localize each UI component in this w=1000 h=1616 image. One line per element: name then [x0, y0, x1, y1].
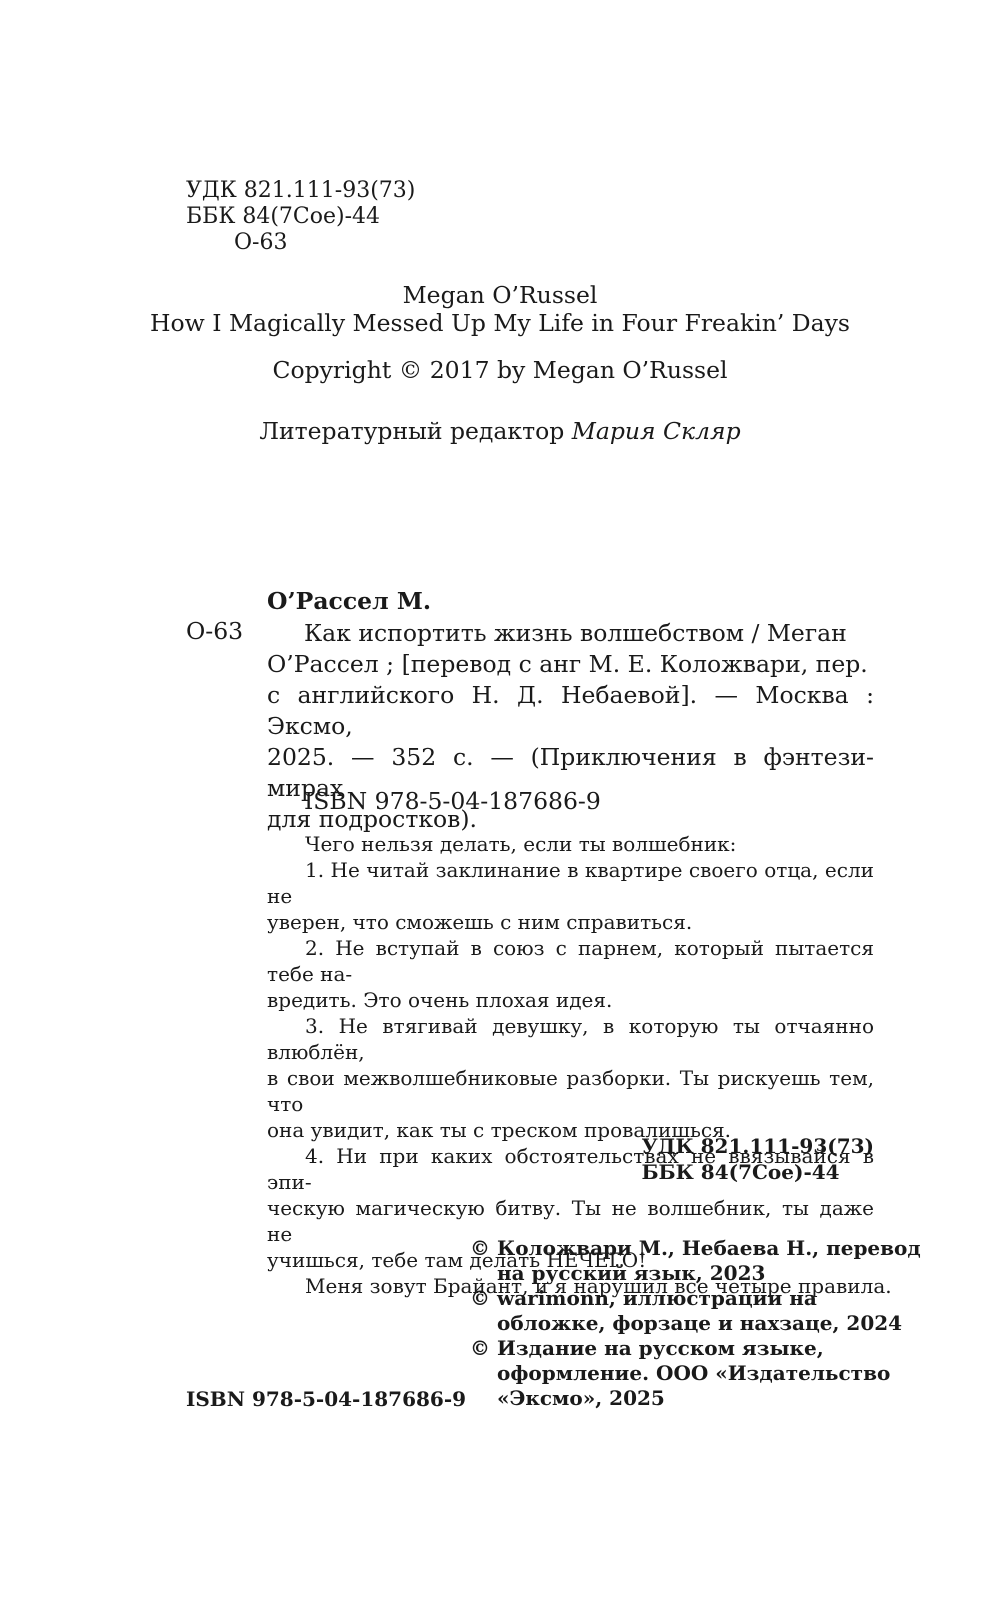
copyright-line: warimonn, иллюстрации на	[497, 1286, 902, 1311]
description-line: О’Рассел ; [перевод с анг М. Е. Коложвар…	[267, 649, 874, 680]
editor-name: Мария Скляр	[572, 417, 741, 445]
udk-code: УДК 821.111-93(73)	[186, 178, 415, 204]
original-author: Megan O’Russel	[0, 282, 1000, 309]
copyright-sign: ©	[470, 1286, 497, 1336]
udk-code-bottom: УДК 821.111-93(73)	[641, 1133, 874, 1159]
bbk-code: ББК 84(7Сое)-44	[186, 204, 415, 230]
copyright-translation: © Коложвари М., Небаева Н., перевод на р…	[470, 1236, 921, 1286]
editor-label: Литературный редактор	[259, 417, 564, 445]
annotation-intro: Чего нельзя делать, если ты волшебник:	[267, 831, 874, 857]
copyright-edition: © Издание на русском языке, оформление. …	[470, 1336, 921, 1411]
copyright-sign: ©	[470, 1336, 497, 1411]
record-heading: О’Рассел М.	[267, 588, 431, 615]
bbk-code-bottom: ББК 84(7Сое)-44	[641, 1159, 874, 1185]
classification-top: УДК 821.111-93(73) ББК 84(7Сое)-44 О-63	[186, 178, 415, 256]
copyright-sign: ©	[470, 1236, 497, 1286]
copyright-line: «Эксмо», 2025	[497, 1386, 890, 1411]
copyright-line: обложке, форзаце и нахзаце, 2024	[497, 1311, 902, 1336]
copyright-line: на русский язык, 2023	[497, 1261, 921, 1286]
rule-line: уверен, что сможешь с ним справиться.	[267, 909, 874, 935]
copyright-line: Коложвари М., Небаева Н., перевод	[497, 1236, 921, 1261]
author-sign: О-63	[186, 230, 415, 256]
description-line: с английского Н. Д. Небаевой]. — Москва …	[267, 680, 874, 742]
original-copyright: Copyright © 2017 by Megan O’Russel	[0, 357, 1000, 384]
literary-editor: Литературный редактор Мария Скляр	[0, 418, 1000, 445]
rule-line: вредить. Это очень плохая идея.	[267, 987, 874, 1013]
copyright-line: оформление. ООО «Издательство	[497, 1361, 890, 1386]
rule-line: 1. Не читай заклинание в квартире своего…	[267, 857, 874, 909]
rule-line: 2. Не вступай в союз с парнем, который п…	[267, 935, 874, 987]
classification-bottom: УДК 821.111-93(73) ББК 84(7Сое)-44	[641, 1133, 874, 1185]
rule-line: в свои межволшебниковые разборки. Ты рис…	[267, 1065, 874, 1117]
copyright-illustrations: © warimonn, иллюстрации на обложке, форз…	[470, 1286, 921, 1336]
annotation: Чего нельзя делать, если ты волшебник: 1…	[267, 831, 874, 1299]
original-title: How I Magically Messed Up My Life in Fou…	[0, 310, 1000, 337]
rule-line: 3. Не втягивай девушку, в которую ты отч…	[267, 1013, 874, 1065]
record-author-sign: О-63	[186, 618, 243, 645]
copyright-line: Издание на русском языке,	[497, 1336, 890, 1361]
description-line: Как испортить жизнь волшебством / Меган	[267, 618, 874, 649]
isbn-bottom: ISBN 978-5-04-187686-9	[186, 1386, 466, 1412]
copyright-block: © Коложвари М., Небаева Н., перевод на р…	[470, 1236, 921, 1411]
record-isbn: ISBN 978-5-04-187686-9	[304, 788, 601, 815]
